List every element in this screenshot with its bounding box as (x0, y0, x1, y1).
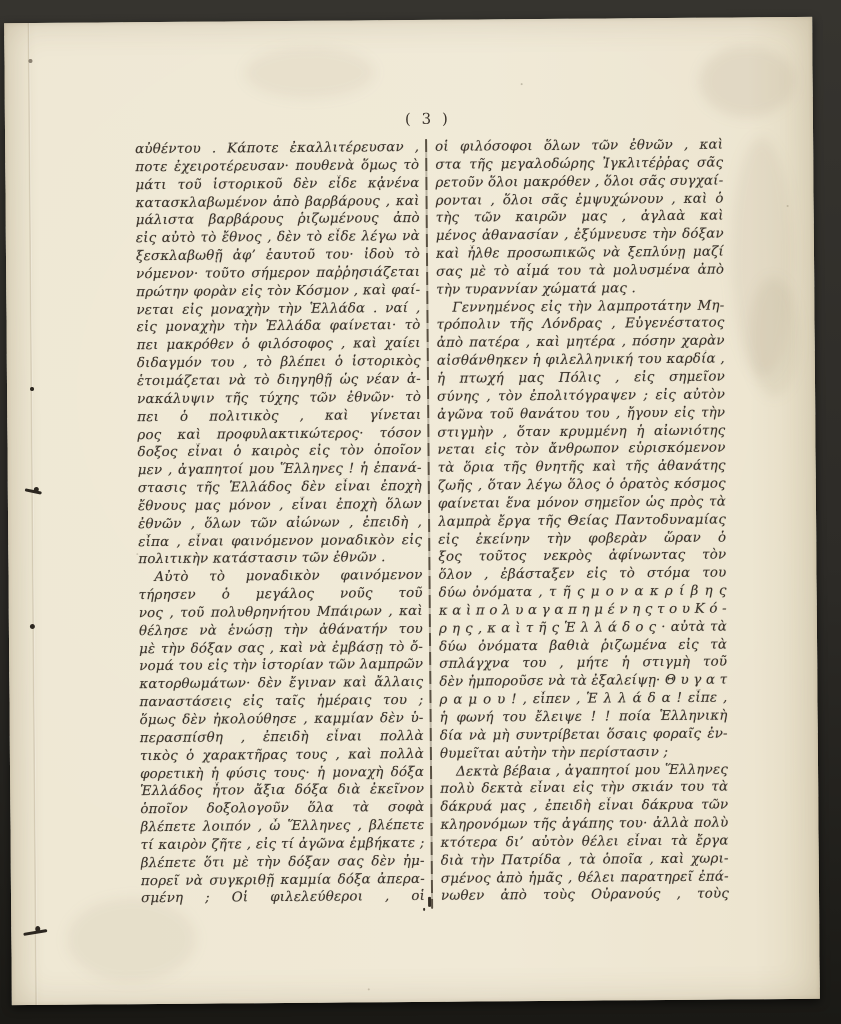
binding-stitch (34, 487, 39, 492)
text-line: ἀπὸ πατέρα , καὶ μητέρα , πόσην χαρὰν (437, 333, 725, 353)
text-line: μένος ἀθανασίαν , ἐξύμνευσε τὴν δόξαν σα… (436, 226, 724, 246)
text-line: νος , τοῦ πολυθρηνήτου Μπάιρων , καὶ ἠ- (139, 603, 423, 623)
text-line: τικὸς ὁ χαρακτῆρας τους , καὶ πολλὰ δια- (140, 746, 424, 766)
text-line: θέλησε νὰ ἑνώσῃ τὴν ἀθάνατήν του δόξαν (139, 621, 423, 641)
ink-blot (428, 897, 431, 907)
text-line: φορετικὴ ἡ φύσις τους· ἡ μοναχὴ δόξα τῆς (140, 763, 424, 783)
binding-crease (27, 23, 38, 1005)
text-line: ὅμως δὲν ἠκολούθησε , καμμίαν δὲν ὑ- (140, 710, 424, 730)
text-line: ρετοῦν ὅλοι μακρόθεν , ὅλοι σᾶς συγχαί- (435, 172, 723, 192)
binding-stitch (30, 624, 35, 629)
text-line: οἱ φιλόσοφοι ὅλων τῶν ἐθνῶν , καὶ μάλι- (435, 137, 723, 157)
text-line: νεται εἰς μοναχὴν τὴν Ἑλλάδα . ναί , (136, 300, 420, 320)
text-line: ρος καὶ προφυλακτικώτερος· τόσον παρά- (137, 424, 421, 444)
text-line: νακάλυψιν τῆς τύχης τῶν ἐθνῶν· τὸ βλέ- (137, 389, 421, 409)
text-line: δοξος εἶναι ὁ καιρὸς εἰς τὸν ὁποῖον ζοῦ- (137, 442, 421, 462)
text-line: ἐθνῶν , ὅλων τῶν αἰώνων , ἐπειδὴ , καθὼς… (138, 514, 422, 534)
text-column-left: αὐθέντου . Κάποτε ἐκαλλιτέρευσαν , Κά-πο… (135, 139, 425, 908)
text-line: βλέπετε ὅτι μὲ τὴν δόξαν σας δὲν ἠμ- (141, 853, 425, 873)
paper-stain (244, 46, 374, 99)
text-line: μὲ τὴν δόξαν σας , καὶ νὰ ἐμβάσῃ τὸ ὄ- (139, 639, 423, 659)
text-line: στιγμὴν , ὅταν κρυμμένη ἡ αἰωνιότης δείχ… (437, 422, 725, 442)
text-line: μεν , ἀγαπητοί μου Ἕλληνες ! ἡ ἐπανά- (138, 460, 422, 480)
text-line: εἰς μοναχὴν τὴν Ἑλλάδα φαίνεται· τὸ βλέ- (136, 317, 420, 337)
text-line: σμένος ἀπὸ ἡμᾶς , θέλει παρατηρεῖ ἐπά- (441, 868, 729, 888)
text-line: δία νὰ μὴ συντρίβεται ὅσαις φοραῖς ἐν- (440, 725, 728, 745)
text-line: Αὐτὸ τὸ μοναδικὸν φαινόμενον ἐπαρα- (138, 567, 422, 587)
text-line: εἰς ἐκείνην τὴν φοβερὰν ὥραν ὁ πολυένδο- (438, 529, 726, 549)
text-line: πορεῖ νὰ συγκριθῇ καμμία δόξα ἀπερα- (141, 871, 425, 891)
text-line: αἰσθάνθηκεν ἡ φιλελληνική του καρδία , ὅ… (437, 351, 725, 371)
text-line: δύω ὀνόματα , τ ῆ ς μ ο ν α κ ρ ί β η ς (439, 583, 727, 603)
text-line: σας μὲ τὸ αἷμά του τὰ μολυσμένα ἀπὸ (436, 261, 724, 281)
text-line: περασπίσθη , ἐπειδὴ εἶναι πολλὰ διαφορε- (140, 728, 424, 748)
text-line: πολὺ δεκτὰ εἶναι εἰς τὴν σκιάν του τὰ (440, 779, 728, 799)
text-line: ὅλον , ἐβάσταξεν εἰς τὸ στόμα του μοναχὰ (438, 565, 726, 585)
text-line: Ἑλλάδος ἦτον ἄξια δόξα διὰ ἐκεῖνον τὸν (140, 781, 424, 801)
text-line: πει μακρόθεν ὁ φιλόσοφος , καὶ χαίει τὸν (137, 335, 421, 355)
text-line: ξος τοῦτος νεκρὸς ἀφίνωντας τὸν Κόσμον (438, 547, 726, 567)
text-line: βλέπετε λοιπόν , ὦ Ἕλληνες , βλέπετε εἰς (140, 817, 424, 837)
text-line: ρ α μ ο υ ! , εἶπεν , Ἑ λ λ ά δ α ! εἶπε… (439, 690, 727, 710)
text-line: εἶπα , εἶναι φαινόμενον μοναδικὸν εἰς τὴ… (138, 531, 422, 551)
paper-stain (730, 137, 794, 377)
text-line: σύνης , τὸν ἐπολιτόγραψεν ; εἰς αὐτὸν τὸ… (437, 386, 725, 406)
text-line: μάλιστα βαρβάρους ῥιζωμένους ἀπὸ αἰῶνος (136, 210, 420, 230)
text-line: παναστάσεις εἰς ταῖς ἡμέραις του ; Καμμί… (139, 692, 423, 712)
text-line: ξεσκλαβωθῇ ἀφ’ ἑαυτοῦ του· ἰδοὺ τὸ φαι- (136, 246, 420, 266)
page-number: ( 3 ) (328, 109, 528, 129)
binding-stitch (30, 387, 34, 391)
text-line: τὴς τῶν καιρῶν μας , ἀγλαὰ καὶ στεφανω- (436, 208, 724, 228)
text-line: ρονται , ὅλοι σᾶς ἐμψυχώνουν , καὶ ὁ ποι… (435, 190, 723, 210)
text-line: τὰ ὅρια τῆς θνητῆς καὶ τῆς ἀθανάτης (438, 458, 726, 478)
text-line: κατορθωμάτων· δὲν ἔγιναν καὶ ἄλλαις ἐ- (139, 674, 423, 694)
binding-stitch (35, 926, 40, 932)
text-line: τήρησεν ὁ μεγάλος νοῦς τοῦ μεγαλόφρο- (139, 585, 423, 605)
text-line: στα τῆς μεγαλοδώρης Ἰγκλιτέῤῥας σᾶς χαι- (435, 154, 723, 174)
text-line: δὲν ἠμποροῦσε νὰ τὰ ἐξαλείψῃ· Θ υ γ α τ … (439, 672, 727, 692)
paper-stain (699, 45, 795, 118)
text-line: στασις τῆς Ἑλλάδος δὲν εἶναι ἐποχὴ τοῦ (138, 478, 422, 498)
text-line: δάκρυά μας , ἐπειδὴ εἶναι δάκρυα τῶν (440, 797, 728, 817)
text-line: νομά του εἰς τὴν ἱστορίαν τῶν λαμπρῶν σα… (139, 656, 423, 676)
text-line: ὁποῖον δοξολογοῦν ὅλα τὰ σοφὰ στόματα· (140, 799, 424, 819)
text-line: τὴν τυραννίαν χώματά μας . (436, 279, 724, 299)
text-line: δύω ὀνόματα βαθιὰ ῥιζωμένα εἰς τὰ (439, 636, 727, 656)
text-line: ἑτοιμάζεται νὰ τὸ διηγηθῇ ὡς νέαν ἀ- (137, 371, 421, 391)
text-line: νωθεν ἀπὸ τοὺς Οὐρανούς , τοὺς ὁποίους (441, 886, 729, 906)
text-line: εἰς αὐτὸ τὸ ἔθνος , δὲν τὸ εἶδε λέγω νὰ (136, 228, 420, 248)
text-line: σμένη ; Οἱ φιλελεύθεροι , οἱ φιλάνθρωποι… (141, 888, 425, 908)
text-line: Γεννημένος εἰς τὴν λαμπροτάτην Μη- (436, 297, 724, 317)
text-line: πολιτικὴν κατάστασιν τῶν ἐθνῶν . (138, 549, 422, 569)
text-line: πρώτην φορὰν εἰς τὸν Κόσμον , καὶ φαί- (136, 282, 420, 302)
text-line: διὰ τὴν Πατρίδα , τὰ ὁποῖα , καὶ χωρι- (441, 850, 729, 870)
text-line: ἡ φωνή του ἔλειψε ! ! ποία Ἑλληνικὴ καρ- (440, 708, 728, 728)
text-line: τί καιρὸν ζῆτε , εἰς τί ἀγῶνα ἐμβήκατε ; (141, 835, 425, 855)
text-line: νεται εἰς τὸν ἄνθρωπον εὑρισκόμενον εἰς (437, 440, 725, 460)
column-divider-rule (425, 139, 433, 909)
text-column-right: οἱ φιλόσοφοι ὅλων τῶν ἐθνῶν , καὶ μάλι-σ… (435, 137, 729, 907)
text-line: φαίνεται ἕνα μόνον σημεῖον ὡς πρὸς τὰ (438, 493, 726, 513)
text-line: ἡ πτωχή μας Πόλις , εἰς σημεῖον εὐγνωμο- (437, 369, 725, 389)
text-line: αὐθέντου . Κάποτε ἐκαλλιτέρευσαν , Κά- (135, 139, 419, 159)
text-line: ἔθνους μας μόνον , εἶναι ἐποχὴ ὅλων τῶν (138, 496, 422, 516)
text-line: μάτι τοῦ ἱστορικοῦ δὲν εἶδε κᾀνένα ἔθνος (135, 175, 419, 195)
text-line: σπλάγχνα του , μήτε ἡ στιγμὴ τοῦ θανάτου (439, 654, 727, 674)
text-line: ζωῆς , ὅταν λέγω ὅλος ὁ ὁρατὸς κόσμος (438, 476, 726, 496)
text-line: ποτε ἐχειροτέρευσαν· πουθενὰ ὅμως τὸ (135, 157, 419, 177)
text-line: πει ὁ πολιτικὸς , καὶ γίνεται σκεπτικώτε… (137, 407, 421, 427)
text-line: κ α ὶ π ο λ υ α γ α π η μ έ ν η ς τ ο υ … (439, 600, 727, 620)
text-line: θυμεῖται αὐτὴν τὴν περίστασιν ; (440, 743, 728, 763)
text-line: ρ η ς , κ α ὶ τ ῆ ς Ἑ λ λ ά δ ο ς · αὐτὰ… (439, 618, 727, 638)
paper-stain (748, 277, 799, 397)
page-paper: ( 3 ) αὐθέντου . Κάποτε ἐκαλλιτέρευσαν ,… (4, 17, 820, 1005)
text-line: νόμενον· τοῦτο σήμερον παῤῥησιάζεται κατ… (136, 264, 420, 284)
paper-stain (66, 897, 197, 983)
text-line: κτότερα δι’ αὐτὸν θέλει εἶναι τὰ ἔργα μα… (441, 832, 729, 852)
scanned-book-page: { "page": { "page_number": "( 3 )", "col… (0, 0, 841, 1024)
ink-blot (423, 908, 425, 911)
dust-specks (4, 23, 6, 25)
text-line: καὶ ἦλθε προσωπικῶς νὰ ξεπλύνῃ μαζί (436, 244, 724, 264)
text-line: κληρονόμων τῆς ἀγάπης του· ἀλλὰ πολὺ δε- (440, 815, 728, 835)
text-line: ἀγῶνα τοῦ θανάτου του , ἤγουν εἰς τὴν (437, 404, 725, 424)
text-line: Δεκτὰ βέβαια , ἀγαπητοί μου Ἕλληνες , (440, 761, 728, 781)
text-line: τρόπολιν τῆς Λόνδρας , Εὐγενέστατος καὶ (436, 315, 724, 335)
text-line: διδαγμόν του , τὸ βλέπει ὁ ἱστορικὸς καὶ (137, 353, 421, 373)
text-line: κατασκλαβωμένον ἀπὸ βαρβάρους , καὶ (136, 192, 420, 212)
text-line: λαμπρὰ ἔργα τῆς Θείας Παντοδυναμίας , (438, 511, 726, 531)
